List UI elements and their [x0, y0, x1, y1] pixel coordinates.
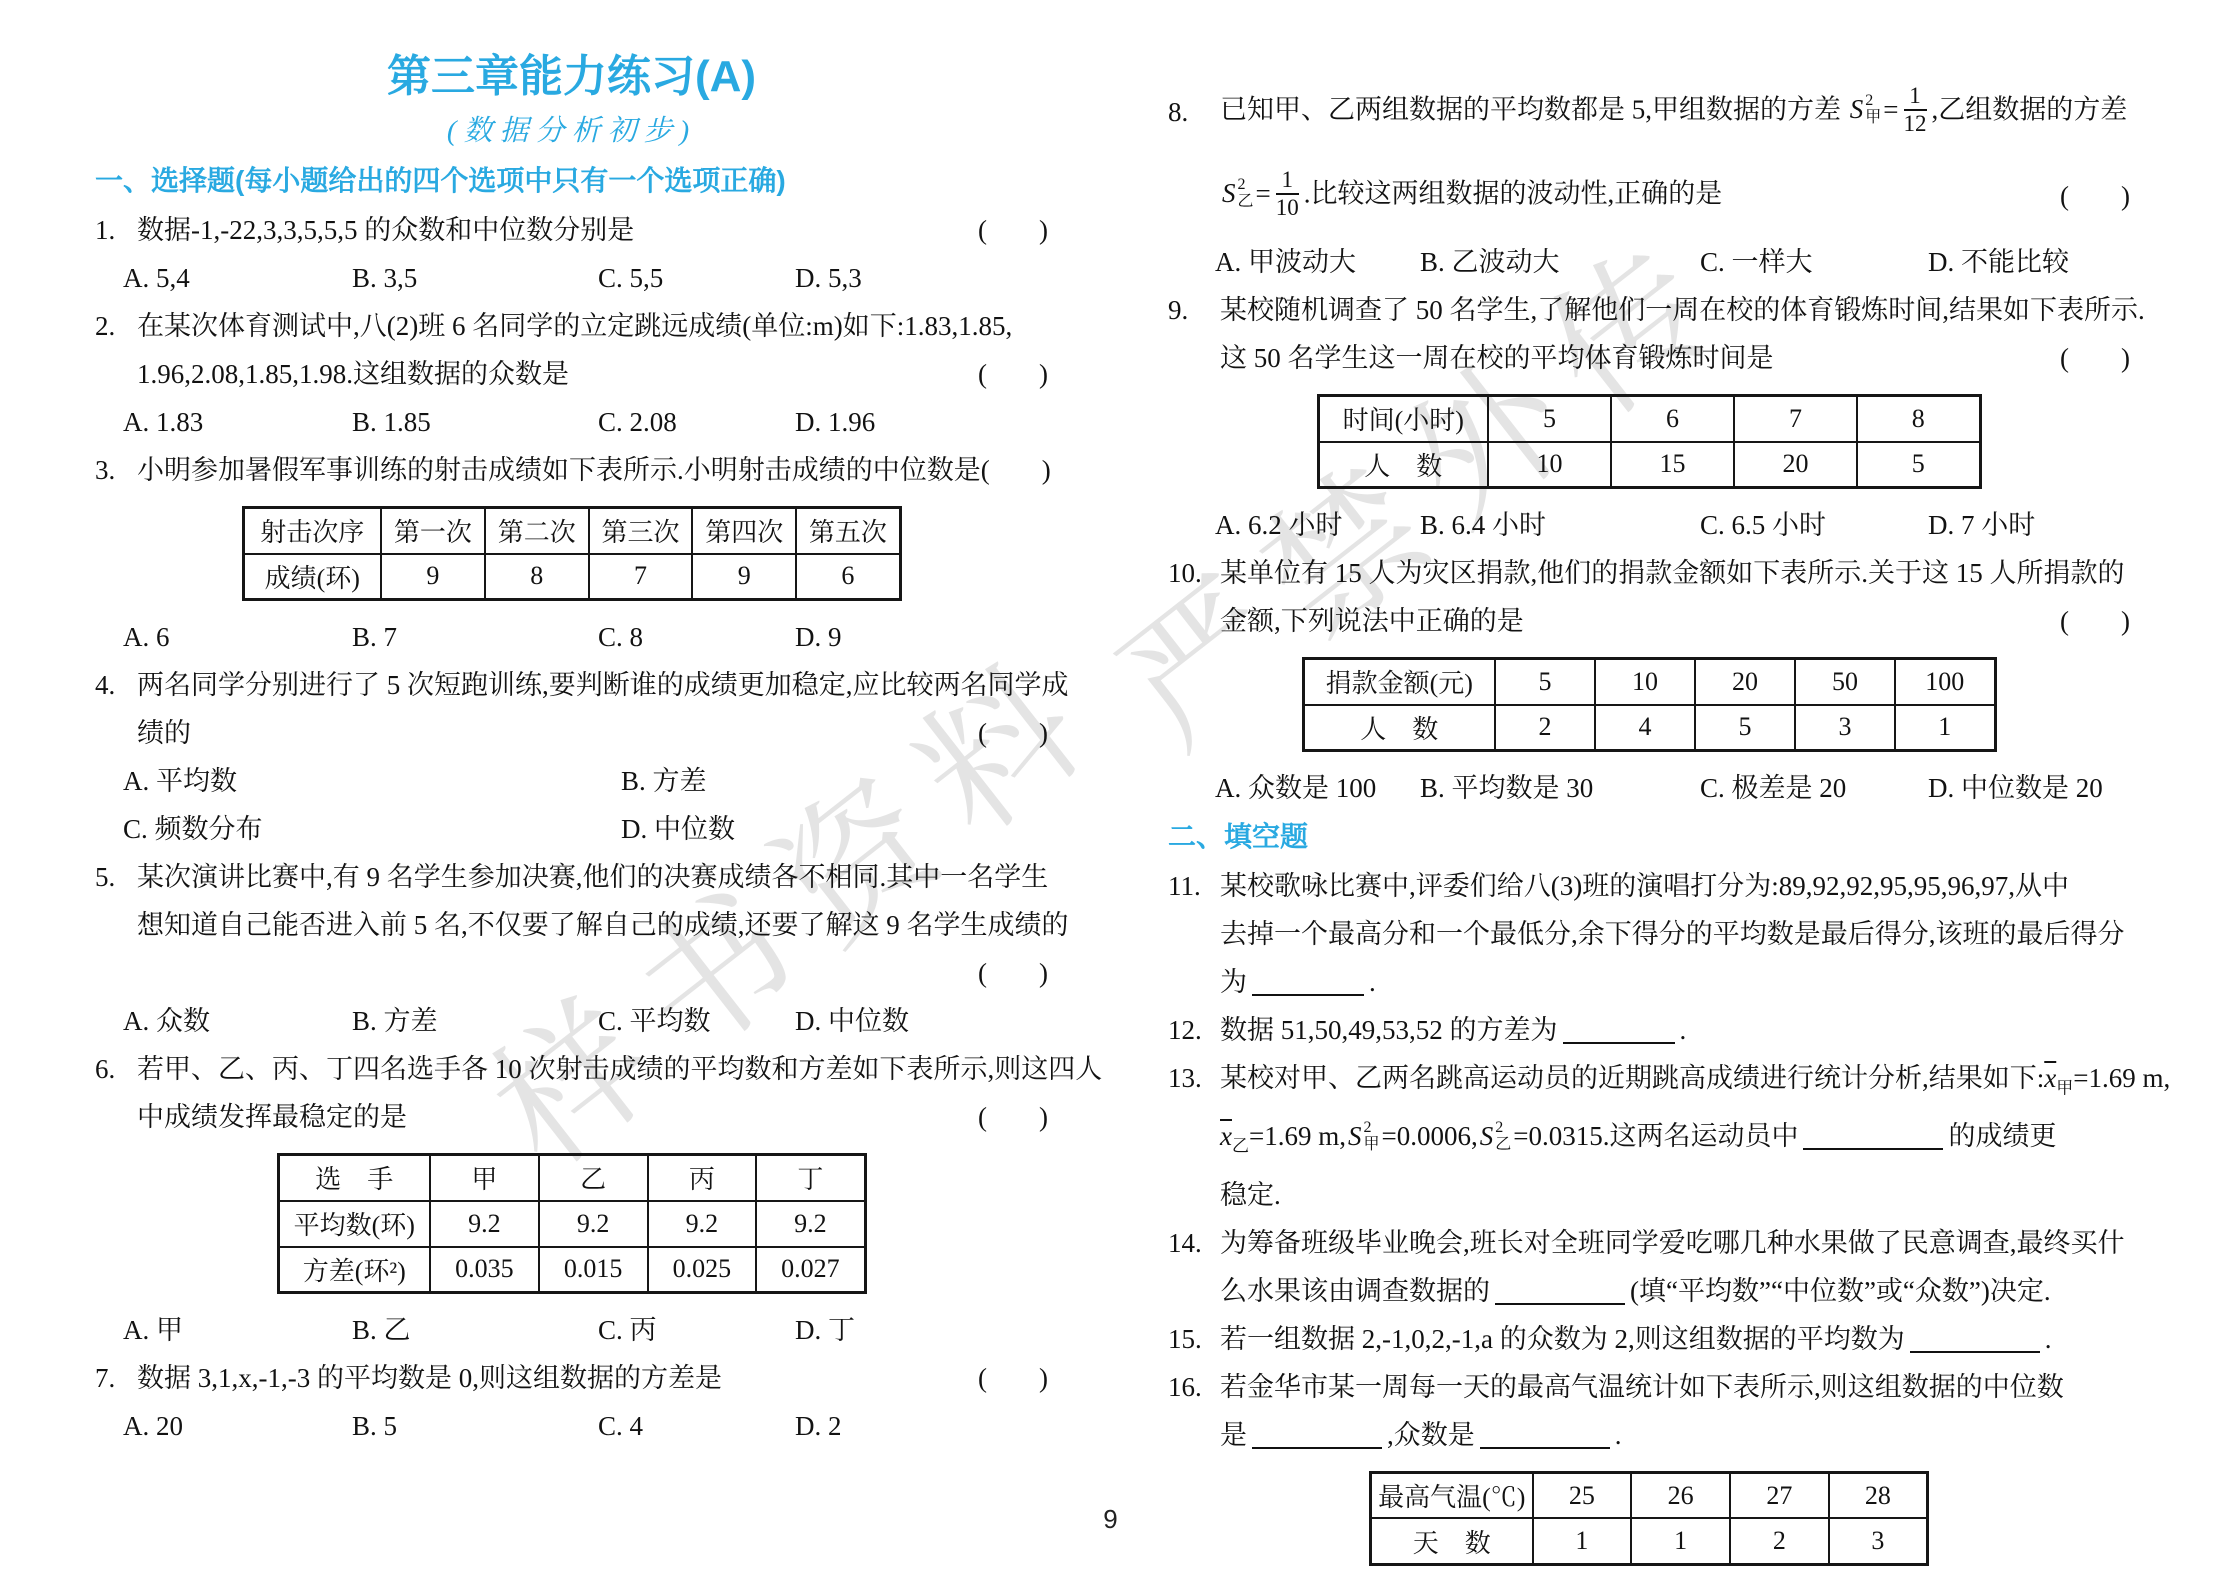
question-number: 7.: [95, 1354, 137, 1402]
question-line: 10. 某单位有 15 人为灾区捐款,他们的捐款金额如下表所示.关于这 15 人…: [1168, 549, 2130, 597]
question-line: S2乙=110.比较这两组数据的波动性,正确的是 (): [1168, 154, 2130, 238]
option: D. 1.96: [795, 398, 1048, 446]
table-cell: 丁: [756, 1155, 865, 1201]
table-cell: 第三次: [589, 508, 693, 554]
table-cell: 捐款金额(元): [1303, 659, 1495, 705]
question-text: 金额,下列说法中正确的是: [1220, 597, 1524, 645]
question-line: 8. 已知甲、乙两组数据的平均数都是 5,甲组数据的方差 S2甲=112,乙组数…: [1168, 70, 2130, 154]
options-row: A. 甲波动大 B. 乙波动大 C. 一样大 D. 不能比较: [1168, 238, 2130, 286]
question-number: 6.: [95, 1045, 137, 1093]
subscript: 乙: [1238, 193, 1254, 210]
question-text: 数据-1,-22,3,3,5,5,5 的众数和中位数分别是: [137, 206, 634, 254]
answer-blank: [1480, 1419, 1610, 1449]
question-text: 绩的: [137, 709, 191, 757]
table-row: 时间(小时)5678: [1318, 396, 1980, 442]
table-cell: 9.2: [756, 1201, 865, 1247]
table-cell: 10: [1595, 659, 1695, 705]
question-text: 么水果该由调查数据的(填“平均数”“中位数”或“众数”)决定.: [1220, 1267, 2051, 1315]
answer-bracket: (): [978, 1354, 1048, 1402]
superscript: 2: [1865, 92, 1881, 109]
superscript: 2: [1495, 1119, 1511, 1136]
table-cell: 7: [589, 554, 693, 600]
bracket-open: (: [981, 446, 990, 494]
question-text: 想知道自己能否进入前 5 名,不仅要了解自己的成绩,还要了解这 9 名学生成绩的: [137, 901, 1069, 949]
text-part: S: [1348, 1112, 1362, 1160]
question-text: S2乙=110.比较这两组数据的波动性,正确的是: [1220, 169, 1722, 224]
table-cell: 5: [1695, 705, 1795, 751]
text-part: ,乙组数据的方差: [1932, 94, 2128, 124]
table-cell: 2: [1495, 705, 1595, 751]
question-line: 3. 小明参加暑假军事训练的射击成绩如下表所示.小明射击成绩的中位数是 (): [95, 446, 1048, 494]
table-cell: 5: [1488, 396, 1611, 442]
table-cell: 选 手: [278, 1155, 430, 1201]
mean-symbol-jia: x: [2044, 1063, 2056, 1093]
answer-bracket: (): [978, 709, 1048, 757]
option: A. 甲波动大: [1215, 238, 1420, 286]
bracket-close: ): [1039, 949, 1048, 997]
question-line: 1.96,2.08,1.85,1.98.这组数据的众数是 (): [95, 350, 1048, 398]
question-text: 小明参加暑假军事训练的射击成绩如下表所示.小明射击成绩的中位数是: [137, 446, 981, 494]
table-row: 射击次序第一次第二次第三次第四次第五次: [243, 508, 900, 554]
text-part: 为: [1220, 967, 1247, 997]
shooting-score-table: 射击次序第一次第二次第三次第四次第五次成绩(环)98796: [242, 506, 902, 601]
question-line: (): [95, 949, 1048, 997]
question-text: 稳定.: [1220, 1171, 1281, 1219]
text-part: 么水果该由调查数据的: [1220, 1276, 1490, 1306]
question-5: 5. 某次演讲比赛中,有 9 名学生参加决赛,他们的决赛成绩各不相同.其中一名学…: [95, 853, 1048, 1045]
bracket-close: ): [2121, 172, 2130, 220]
question-10: 10. 某单位有 15 人为灾区捐款,他们的捐款金额如下表所示.关于这 15 人…: [1168, 549, 2130, 812]
question-line: 16. 若金华市某一周每一天的最高气温统计如下表所示,则这组数据的中位数: [1168, 1363, 2130, 1411]
text-part: .: [1369, 967, 1376, 997]
option: C. 平均数: [598, 997, 795, 1045]
text-part: 的成绩更: [1948, 1121, 2056, 1151]
option: D. 不能比较: [1928, 238, 2130, 286]
option: A. 甲: [123, 1306, 352, 1354]
table-row: 选 手甲乙丙丁: [278, 1155, 865, 1201]
question-line: 去掉一个最高分和一个最低分,余下得分的平均数是最后得分,该班的最后得分: [1168, 910, 2130, 958]
answer-blank: [1252, 1419, 1382, 1449]
denominator: 10: [1276, 195, 1299, 221]
question-15: 15. 若一组数据 2,-1,0,2,-1,a 的众数为 2,则这组数据的平均数…: [1168, 1315, 2130, 1363]
bracket-close: ): [1039, 206, 1048, 254]
page-number: 9: [0, 1504, 2221, 1535]
options-row: A. 5,4 B. 3,5 C. 5,5 D. 5,3: [95, 254, 1048, 302]
question-6: 6. 若甲、乙、丙、丁四名选手各 10 次射击成绩的平均数和方差如下表所示,则这…: [95, 1045, 1048, 1354]
text-part: S: [1850, 85, 1864, 133]
question-text: 已知甲、乙两组数据的平均数都是 5,甲组数据的方差 S2甲=112,乙组数据的方…: [1220, 85, 2127, 140]
option: B. 方差: [352, 997, 598, 1045]
answer-bracket: (): [2060, 597, 2130, 645]
table-cell: 1: [1895, 705, 1995, 751]
table-cell: 20: [1734, 442, 1857, 488]
question-line: 4. 两名同学分别进行了 5 次短跑训练,要判断谁的成绩更加稳定,应比较两名同学…: [95, 661, 1048, 709]
question-number: 11.: [1168, 862, 1220, 910]
question-text: 某校歌咏比赛中,评委们给八(3)班的演唱打分为:89,92,92,95,95,9…: [1220, 862, 2069, 910]
question-line: 12. 数据 51,50,49,53,52 的方差为.: [1168, 1006, 2130, 1054]
bracket-close: ): [2121, 597, 2130, 645]
section-2-heading: 二、填空题: [1168, 812, 2130, 862]
question-line: 14. 为筹备班级毕业晚会,班长对全班同学爱吃哪几种水果做了民意调查,最终买什: [1168, 1219, 2130, 1267]
table-cell: 6: [1611, 396, 1734, 442]
question-line: 7. 数据 3,1,x,-1,-3 的平均数是 0,则这组数据的方差是 (): [95, 1354, 1048, 1402]
question-text: 某校随机调查了 50 名学生,了解他们一周在校的体育锻炼时间,结果如下表所示.: [1220, 286, 2145, 334]
table-cell: 成绩(环): [243, 554, 381, 600]
table-cell: 平均数(环): [278, 1201, 430, 1247]
option: B. 平均数是 30: [1420, 764, 1700, 812]
question-line: 是,众数是.: [1168, 1411, 2130, 1459]
table-cell: 甲: [430, 1155, 539, 1201]
option: D. 9: [795, 613, 1048, 661]
question-1: 1. 数据-1,-22,3,3,5,5,5 的众数和中位数分别是 () A. 5…: [95, 206, 1048, 302]
question-13: 13. 某校对甲、乙两名跳高运动员的近期跳高成绩进行统计分析,结果如下:x甲=1…: [1168, 1054, 2130, 1219]
table-cell: 5: [1495, 659, 1595, 705]
table-cell: 9.2: [539, 1201, 648, 1247]
question-14: 14. 为筹备班级毕业晚会,班长对全班同学爱吃哪几种水果做了民意调查,最终买什 …: [1168, 1219, 2130, 1315]
question-text: 数据 3,1,x,-1,-3 的平均数是 0,则这组数据的方差是: [137, 1354, 722, 1402]
table-row: 平均数(环)9.29.29.29.2: [278, 1201, 865, 1247]
bracket-close: ): [1039, 1093, 1048, 1141]
option: B. 乙: [352, 1306, 598, 1354]
text-part: =1.69 m,: [1249, 1121, 1346, 1151]
option: B. 乙波动大: [1420, 238, 1700, 286]
option: D. 中位数: [795, 997, 1048, 1045]
question-7: 7. 数据 3,1,x,-1,-3 的平均数是 0,则这组数据的方差是 () A…: [95, 1354, 1048, 1450]
variance-symbol-yi: S2乙: [1222, 169, 1254, 217]
table-cell: 100: [1895, 659, 1995, 705]
answer-bracket: (): [978, 1093, 1048, 1141]
question-text: 在某次体育测试中,八(2)班 6 名同学的立定跳远成绩(单位:m)如下:1.83…: [137, 302, 1012, 350]
option: B. 方差: [621, 757, 1048, 805]
left-column: 第三章能力练习(A) (数据分析初步) 一、选择题(每小题给出的四个选项中只有一…: [95, 48, 1048, 1450]
question-line: 想知道自己能否进入前 5 名,不仅要了解自己的成绩,还要了解这 9 名学生成绩的: [95, 901, 1048, 949]
answer-blank: [1252, 966, 1364, 996]
answer-bracket: (): [981, 446, 1051, 494]
option: D. 7 小时: [1928, 501, 2130, 549]
page-title: 第三章能力练习(A): [95, 48, 1048, 106]
table-cell: 时间(小时): [1318, 396, 1488, 442]
text-part: 是: [1220, 1420, 1247, 1450]
variance-symbol-jia: S2甲: [1850, 85, 1882, 133]
question-number: 4.: [95, 661, 137, 709]
table-cell: 7: [1734, 396, 1857, 442]
bracket-open: (: [978, 1354, 987, 1402]
question-12: 12. 数据 51,50,49,53,52 的方差为.: [1168, 1006, 2130, 1054]
question-2: 2. 在某次体育测试中,八(2)班 6 名同学的立定跳远成绩(单位:m)如下:1…: [95, 302, 1048, 446]
options-row: A. 6.2 小时 B. 6.4 小时 C. 6.5 小时 D. 7 小时: [1168, 501, 2130, 549]
table-cell: 0.025: [648, 1247, 757, 1293]
option: A. 众数: [123, 997, 352, 1045]
question-text: 数据 51,50,49,53,52 的方差为.: [1220, 1006, 1686, 1054]
bracket-open: (: [978, 949, 987, 997]
question-line: 金额,下列说法中正确的是 (): [1168, 597, 2130, 645]
table-cell: 9: [381, 554, 485, 600]
table-cell: 第五次: [796, 508, 900, 554]
text-part: S: [1480, 1112, 1494, 1160]
subscript: 乙: [1232, 1137, 1249, 1156]
option: C. 6.5 小时: [1700, 501, 1928, 549]
options-row: A. 平均数 B. 方差: [95, 757, 1048, 805]
question-line: 15. 若一组数据 2,-1,0,2,-1,a 的众数为 2,则这组数据的平均数…: [1168, 1315, 2130, 1363]
question-text: x乙=1.69 m,S2甲=0.0006,S2乙=0.0315.这两名运动员中的…: [1220, 1112, 2056, 1170]
question-text: 这 50 名学生这一周在校的平均体育锻炼时间是: [1220, 334, 1774, 382]
question-3: 3. 小明参加暑假军事训练的射击成绩如下表所示.小明射击成绩的中位数是 () 射…: [95, 446, 1048, 661]
option: D. 丁: [795, 1306, 1048, 1354]
table-cell: 15: [1611, 442, 1734, 488]
option: C. 频数分布: [123, 805, 621, 853]
denominator: 12: [1904, 111, 1927, 137]
question-line: 绩的 (): [95, 709, 1048, 757]
option: C. 5,5: [598, 254, 795, 302]
question-text: 某次演讲比赛中,有 9 名学生参加决赛,他们的决赛成绩各不相同.其中一名学生: [137, 853, 1048, 901]
question-text: 是,众数是.: [1220, 1411, 1622, 1459]
table-cell: 人 数: [1318, 442, 1488, 488]
table-row: 成绩(环)98796: [243, 554, 900, 600]
question-9: 9. 某校随机调查了 50 名学生,了解他们一周在校的体育锻炼时间,结果如下表所…: [1168, 286, 2130, 549]
subscript: 甲: [1865, 109, 1881, 126]
option: B. 1.85: [352, 398, 598, 446]
question-line: 9. 某校随机调查了 50 名学生,了解他们一周在校的体育锻炼时间,结果如下表所…: [1168, 286, 2130, 334]
answer-blank: [1910, 1323, 2040, 1353]
text-part: =0.0006,: [1381, 1121, 1477, 1151]
table-cell: 射击次序: [243, 508, 381, 554]
table-cell: 5: [1857, 442, 1980, 488]
table-cell: 乙: [539, 1155, 648, 1201]
table-cell: 20: [1695, 659, 1795, 705]
players-variance-table: 选 手甲乙丙丁平均数(环)9.29.29.29.2方差(环²)0.0350.01…: [277, 1153, 867, 1294]
question-line: x乙=1.69 m,S2甲=0.0006,S2乙=0.0315.这两名运动员中的…: [1168, 1112, 2130, 1170]
table-cell: 3: [1795, 705, 1895, 751]
option: D. 5,3: [795, 254, 1048, 302]
table-cell: 10: [1488, 442, 1611, 488]
options-row: A. 20 B. 5 C. 4 D. 2: [95, 1402, 1048, 1450]
table-cell: 第一次: [381, 508, 485, 554]
subscript: 甲: [1363, 1136, 1379, 1153]
question-line: 11. 某校歌咏比赛中,评委们给八(3)班的演唱打分为:89,92,92,95,…: [1168, 862, 2130, 910]
question-8: 8. 已知甲、乙两组数据的平均数都是 5,甲组数据的方差 S2甲=112,乙组数…: [1168, 70, 2130, 286]
question-number: 14.: [1168, 1219, 1220, 1267]
worksheet-page: 样书资料 严禁外传 第三章能力练习(A) (数据分析初步) 一、选择题(每小题给…: [0, 0, 2221, 1571]
bracket-open: (: [2060, 172, 2069, 220]
right-column: 8. 已知甲、乙两组数据的平均数都是 5,甲组数据的方差 S2甲=112,乙组数…: [1168, 70, 2130, 1571]
question-text: 若甲、乙、丙、丁四名选手各 10 次射击成绩的平均数和方差如下表所示,则这四人: [137, 1045, 1102, 1093]
question-line: 1. 数据-1,-22,3,3,5,5,5 的众数和中位数分别是 (): [95, 206, 1048, 254]
table-cell: 方差(环²): [278, 1247, 430, 1293]
bracket-close: ): [2121, 334, 2130, 382]
option: A. 6.2 小时: [1215, 501, 1420, 549]
exercise-time-table: 时间(小时)5678人 数1015205: [1317, 394, 1982, 489]
fraction-1-12: 112: [1904, 83, 1927, 138]
option: C. 一样大: [1700, 238, 1928, 286]
superscript: 2: [1363, 1119, 1379, 1136]
option: C. 极差是 20: [1700, 764, 1928, 812]
question-text: 若一组数据 2,-1,0,2,-1,a 的众数为 2,则这组数据的平均数为.: [1220, 1315, 2051, 1363]
question-number: 16.: [1168, 1363, 1220, 1411]
fraction-1-10: 110: [1276, 167, 1299, 222]
bracket-close: ): [1039, 1354, 1048, 1402]
question-number: 15.: [1168, 1315, 1220, 1363]
table-row: 人 数1015205: [1318, 442, 1980, 488]
table-cell: 0.035: [430, 1247, 539, 1293]
table-cell: 9.2: [430, 1201, 539, 1247]
question-text: 两名同学分别进行了 5 次短跑训练,要判断谁的成绩更加稳定,应比较两名同学成: [137, 661, 1069, 709]
options-row: C. 频数分布 D. 中位数: [95, 805, 1048, 853]
question-number: 1.: [95, 206, 137, 254]
answer-bracket: (): [978, 350, 1048, 398]
page-subtitle: (数据分析初步): [95, 106, 1048, 156]
question-number: 3.: [95, 446, 137, 494]
options-row: A. 众数 B. 方差 C. 平均数 D. 中位数: [95, 997, 1048, 1045]
bracket-open: (: [2060, 334, 2069, 382]
numerator: 1: [1276, 167, 1299, 195]
bracket-close: ): [1042, 446, 1051, 494]
answer-bracket: (): [2060, 334, 2130, 382]
mean-symbol-yi: x: [1220, 1121, 1232, 1151]
equals-sign: =: [1256, 178, 1271, 208]
table-cell: 人 数: [1303, 705, 1495, 751]
option: A. 平均数: [123, 757, 621, 805]
question-number: 10.: [1168, 549, 1220, 597]
question-line: 稳定.: [1168, 1171, 2130, 1219]
table-cell: 第二次: [485, 508, 589, 554]
text-part: ,众数是: [1387, 1420, 1475, 1450]
question-text: 若金华市某一周每一天的最高气温统计如下表所示,则这组数据的中位数: [1220, 1363, 2064, 1411]
bracket-open: (: [2060, 597, 2069, 645]
question-number: 12.: [1168, 1006, 1220, 1054]
option: A. 1.83: [123, 398, 352, 446]
option: B. 5: [352, 1402, 598, 1450]
question-text: 某单位有 15 人为灾区捐款,他们的捐款金额如下表所示.关于这 15 人所捐款的: [1220, 549, 2125, 597]
question-text: 去掉一个最高分和一个最低分,余下得分的平均数是最后得分,该班的最后得分: [1220, 910, 2125, 958]
text-part: .: [2045, 1324, 2052, 1354]
table-row: 捐款金额(元)5102050100: [1303, 659, 1995, 705]
table-cell: 丙: [648, 1155, 757, 1201]
answer-blank: [1803, 1120, 1943, 1150]
text-part: (填“平均数”“中位数”或“众数”)决定.: [1630, 1276, 2051, 1306]
option: A. 6: [123, 613, 352, 661]
option: B. 7: [352, 613, 598, 661]
table-cell: 第四次: [692, 508, 796, 554]
answer-bracket: (): [978, 949, 1048, 997]
subscript: 乙: [1495, 1136, 1511, 1153]
question-line: 2. 在某次体育测试中,八(2)班 6 名同学的立定跳远成绩(单位:m)如下:1…: [95, 302, 1048, 350]
question-text: 为筹备班级毕业晚会,班长对全班同学爱吃哪几种水果做了民意调查,最终买什: [1220, 1219, 2125, 1267]
answer-blank: [1563, 1014, 1675, 1044]
bracket-open: (: [978, 350, 987, 398]
options-row: A. 众数是 100 B. 平均数是 30 C. 极差是 20 D. 中位数是 …: [1168, 764, 2130, 812]
question-text: 某校对甲、乙两名跳高运动员的近期跳高成绩进行统计分析,结果如下:x甲=1.69 …: [1220, 1054, 2170, 1112]
option: D. 2: [795, 1402, 1048, 1450]
bracket-open: (: [978, 206, 987, 254]
question-line: 这 50 名学生这一周在校的平均体育锻炼时间是 (): [1168, 334, 2130, 382]
table-cell: 8: [1857, 396, 1980, 442]
section-1-heading: 一、选择题(每小题给出的四个选项中只有一个选项正确): [95, 156, 1048, 206]
options-row: A. 1.83 B. 1.85 C. 2.08 D. 1.96: [95, 398, 1048, 446]
table-cell: 8: [485, 554, 589, 600]
question-line: 5. 某次演讲比赛中,有 9 名学生参加决赛,他们的决赛成绩各不相同.其中一名学…: [95, 853, 1048, 901]
option: D. 中位数是 20: [1928, 764, 2130, 812]
variance-symbol-yi: S2乙: [1480, 1112, 1512, 1160]
bracket-open: (: [978, 1093, 987, 1141]
option: C. 8: [598, 613, 795, 661]
option: B. 3,5: [352, 254, 598, 302]
question-number: 13.: [1168, 1054, 1220, 1102]
variance-symbol-jia: S2甲: [1348, 1112, 1380, 1160]
table-row: 方差(环²)0.0350.0150.0250.027: [278, 1247, 865, 1293]
options-row: A. 甲 B. 乙 C. 丙 D. 丁: [95, 1306, 1048, 1354]
option: C. 2.08: [598, 398, 795, 446]
bracket-open: (: [978, 709, 987, 757]
question-text: 中成绩发挥最稳定的是: [137, 1093, 407, 1141]
question-text: 为.: [1220, 958, 1376, 1006]
question-number: 9.: [1168, 286, 1220, 334]
question-line: 6. 若甲、乙、丙、丁四名选手各 10 次射击成绩的平均数和方差如下表所示,则这…: [95, 1045, 1048, 1093]
options-row: A. 6 B. 7 C. 8 D. 9: [95, 613, 1048, 661]
equals-sign: =: [1883, 94, 1898, 124]
text-part: 已知甲、乙两组数据的平均数都是 5,甲组数据的方差: [1220, 94, 1848, 124]
text-part: .: [1615, 1420, 1622, 1450]
table-row: 人 数24531: [1303, 705, 1995, 751]
table-cell: 0.015: [539, 1247, 648, 1293]
table-cell: 4: [1595, 705, 1695, 751]
option: D. 中位数: [621, 805, 1048, 853]
table-cell: 9.2: [648, 1201, 757, 1247]
option: C. 4: [598, 1402, 795, 1450]
superscript: 2: [1238, 176, 1254, 193]
option: B. 6.4 小时: [1420, 501, 1700, 549]
text-part: 若一组数据 2,-1,0,2,-1,a 的众数为 2,则这组数据的平均数为: [1220, 1324, 1905, 1354]
donation-table: 捐款金额(元)5102050100人 数24531: [1302, 657, 1997, 752]
table-cell: 9: [692, 554, 796, 600]
option: A. 众数是 100: [1215, 764, 1420, 812]
text-part: =0.0315.这两名运动员中: [1513, 1121, 1798, 1151]
text-part: .: [1680, 1015, 1687, 1045]
text-part: 某校对甲、乙两名跳高运动员的近期跳高成绩进行统计分析,结果如下:: [1220, 1063, 2044, 1093]
question-4: 4. 两名同学分别进行了 5 次短跑训练,要判断谁的成绩更加稳定,应比较两名同学…: [95, 661, 1048, 853]
question-line: 为.: [1168, 958, 2130, 1006]
option: A. 20: [123, 1402, 352, 1450]
question-number: 8.: [1168, 88, 1220, 136]
table-cell: 6: [796, 554, 900, 600]
answer-bracket: (): [2060, 172, 2130, 220]
text-part: S: [1222, 169, 1236, 217]
text-part: =1.69 m,: [2073, 1063, 2170, 1093]
table-cell: 0.027: [756, 1247, 865, 1293]
table-cell: 50: [1795, 659, 1895, 705]
question-11: 11. 某校歌咏比赛中,评委们给八(3)班的演唱打分为:89,92,92,95,…: [1168, 862, 2130, 1006]
question-number: 2.: [95, 302, 137, 350]
answer-blank: [1495, 1275, 1625, 1305]
question-text: 1.96,2.08,1.85,1.98.这组数据的众数是: [137, 350, 569, 398]
question-line: 13. 某校对甲、乙两名跳高运动员的近期跳高成绩进行统计分析,结果如下:x甲=1…: [1168, 1054, 2130, 1112]
bracket-close: ): [1039, 350, 1048, 398]
numerator: 1: [1904, 83, 1927, 111]
answer-bracket: (): [978, 206, 1048, 254]
text-part: .比较这两组数据的波动性,正确的是: [1304, 178, 1723, 208]
bracket-close: ): [1039, 709, 1048, 757]
text-part: 数据 51,50,49,53,52 的方差为: [1220, 1015, 1558, 1045]
question-line: 么水果该由调查数据的(填“平均数”“中位数”或“众数”)决定.: [1168, 1267, 2130, 1315]
question-line: 中成绩发挥最稳定的是 (): [95, 1093, 1048, 1141]
option: A. 5,4: [123, 254, 352, 302]
option: C. 丙: [598, 1306, 795, 1354]
subscript: 甲: [2056, 1078, 2073, 1097]
question-number: 5.: [95, 853, 137, 901]
question-16: 16. 若金华市某一周每一天的最高气温统计如下表所示,则这组数据的中位数 是,众…: [1168, 1363, 2130, 1566]
